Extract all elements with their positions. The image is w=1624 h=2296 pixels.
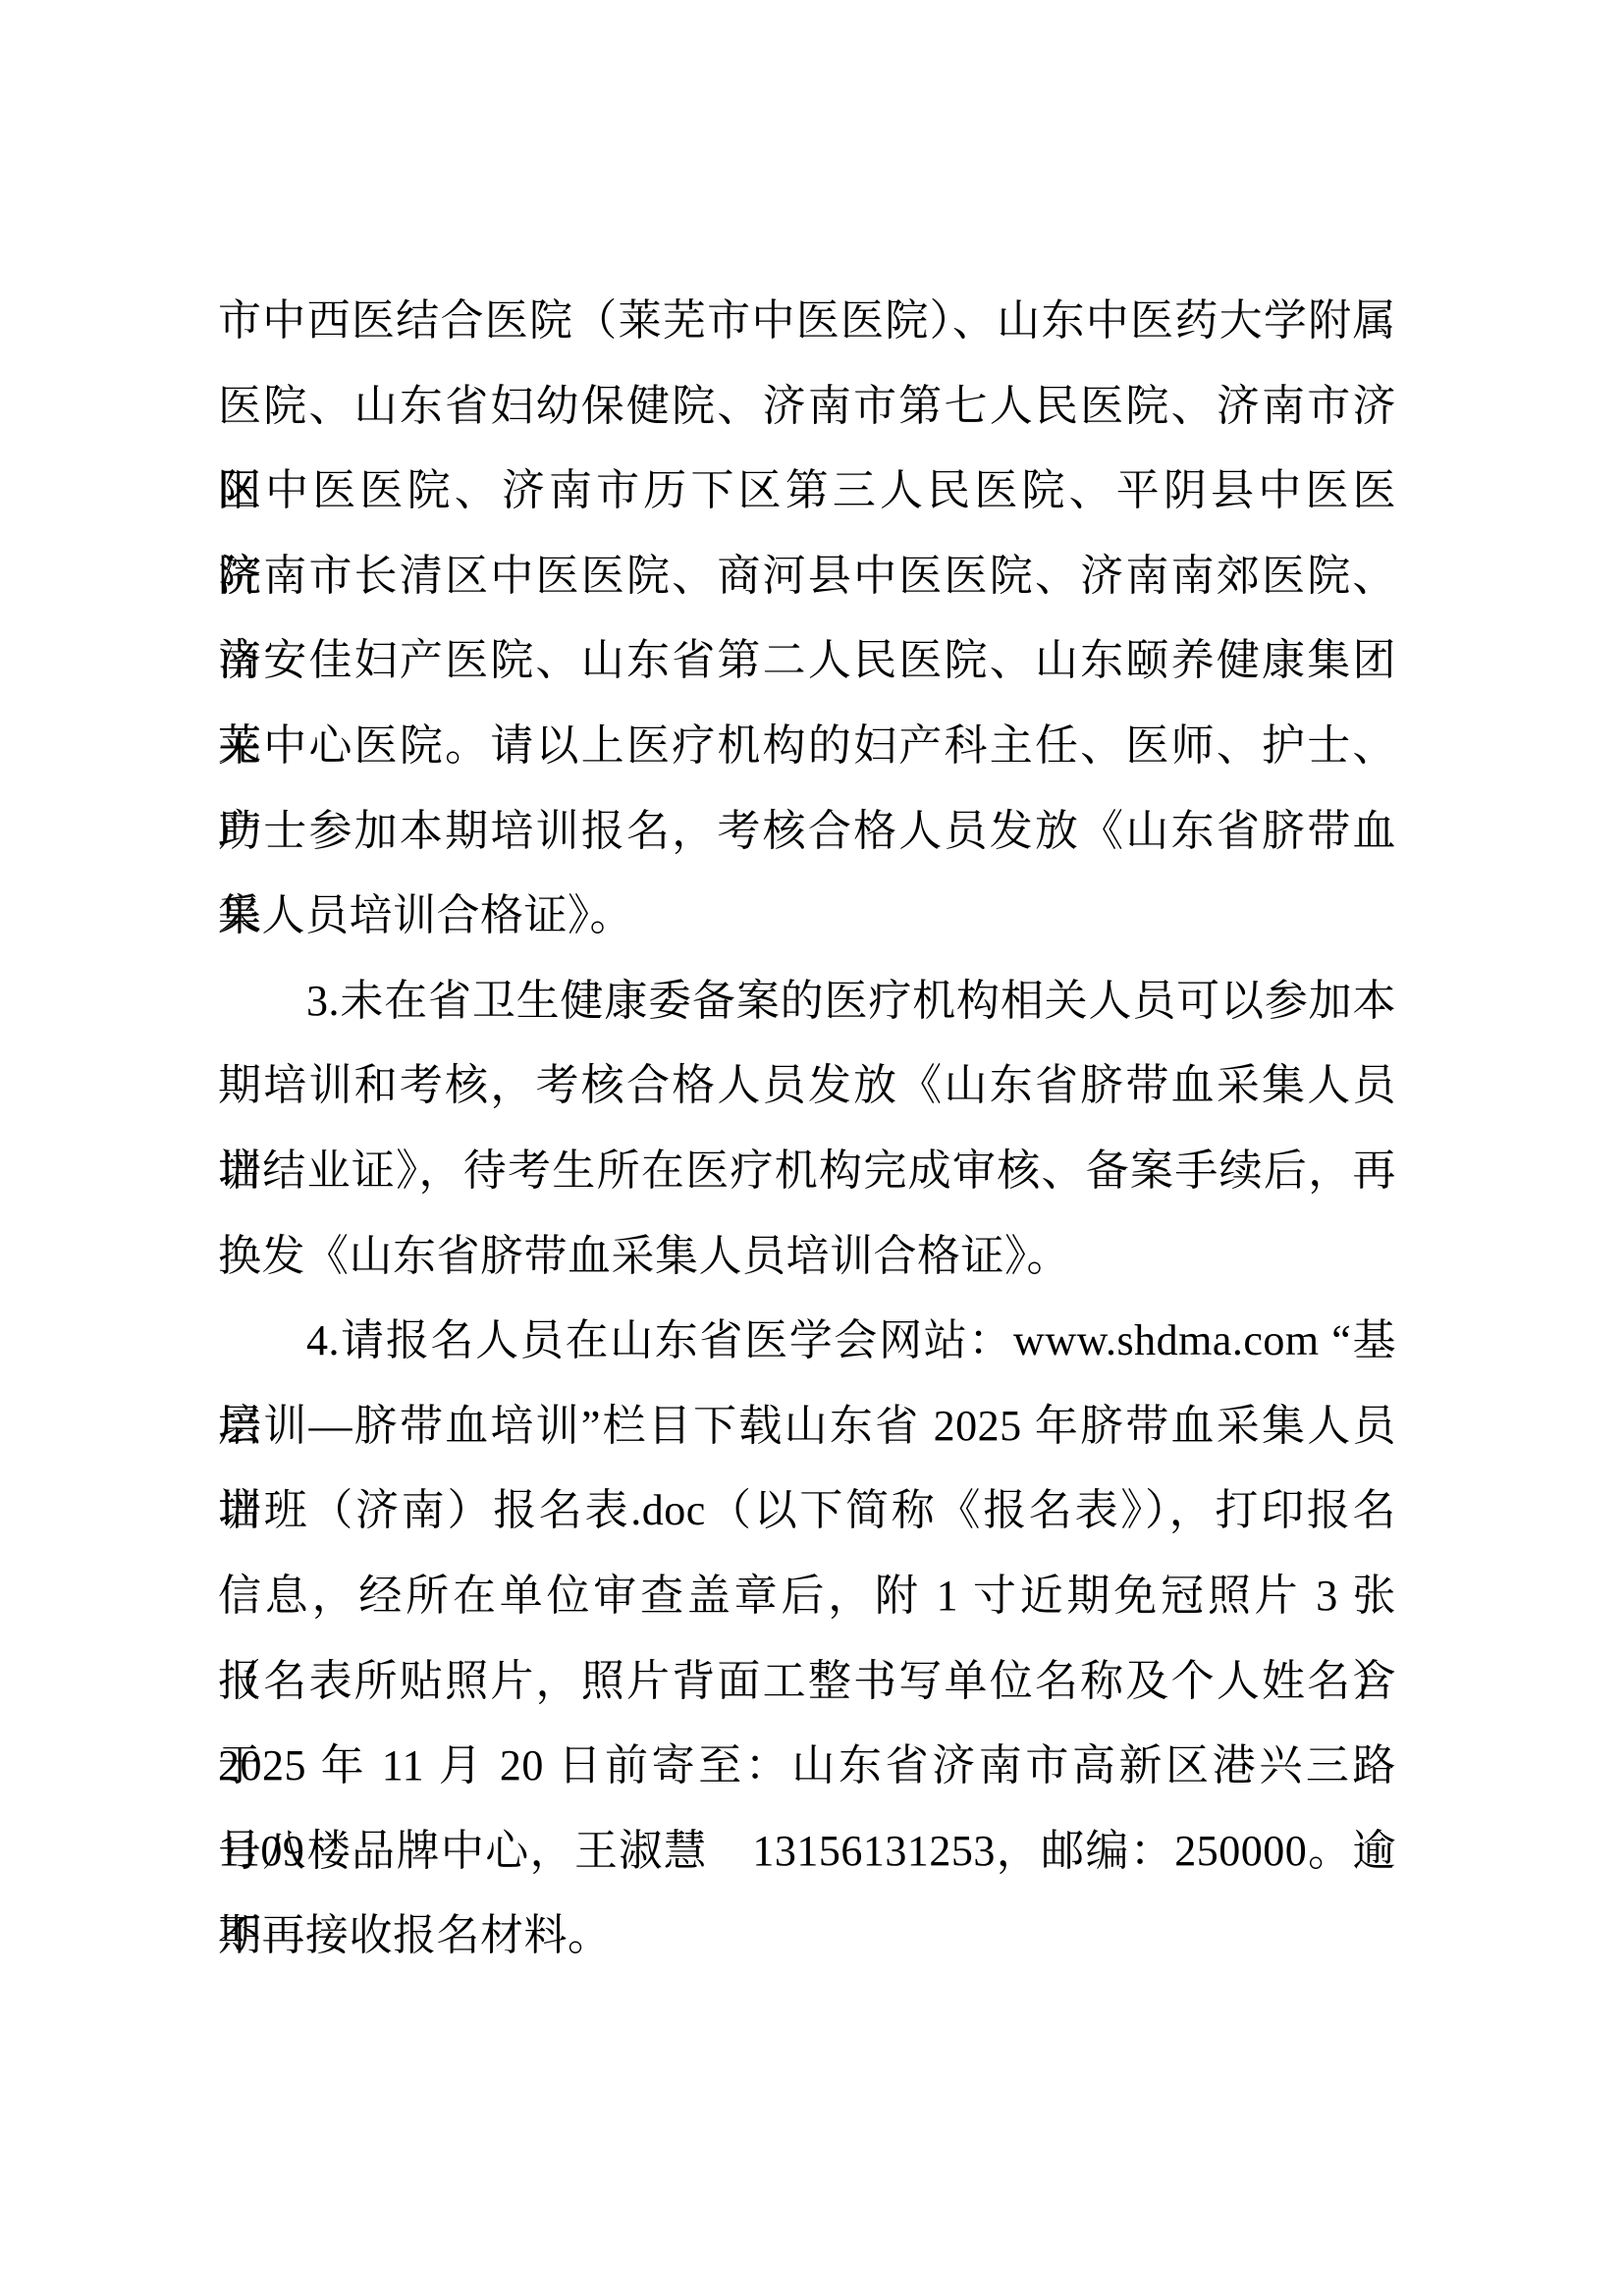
document-line: 区中医医院、济南市历下区第三人民医院、平阴县中医医院、 [218,449,1396,534]
document-line: 市中西医结合医院（莱芜市中医医院）、山东中医药大学附属 [218,279,1396,364]
document-line: 训班（济南）报名表.doc（以下简称《报名表》），打印报名 [218,1468,1396,1554]
document-line: 产士参加本期培训报名，考核合格人员发放《山东省脐带血采 [218,789,1396,875]
document-line: 芜中心医院。请以上医疗机构的妇产科主任、医师、护士、助 [218,704,1396,789]
document-line: 期培训和考核，考核合格人员发放《山东省脐带血采集人员培 [218,1043,1396,1129]
document-line: 报名表所贴照片，照片背面工整书写单位名称及个人姓名）于 [218,1639,1396,1725]
document-line: 培训—脐带血培训”栏目下载山东省 2025 年脐带血采集人员培 [218,1384,1396,1469]
document-line: 南安佳妇产医院、山东省第二人民医院、山东颐养健康集团莱 [218,618,1396,704]
document-line: 医院、山东省妇幼保健院、济南市第七人民医院、济南市济阳 [218,364,1396,450]
document-line: 号八楼品牌中心，王淑慧 13156131253，邮编：250000。逾期 [218,1809,1396,1895]
document-line paragraph-end: 不再接收报名材料。 [218,1894,1396,1979]
document-line: 训结业证》，待考生所在医疗机构完成审核、备案手续后，再 [218,1129,1396,1214]
document-line: 2025 年 11 月 20 日前寄至：山东省济南市高新区港兴三路 1109 [218,1724,1396,1809]
document-line paragraph-end: 换发《山东省脐带血采集人员培训合格证》。 [218,1214,1396,1300]
document-line: 济南市长清区中医医院、商河县中医医院、济南南郊医院、济 [218,534,1396,619]
document-text-block: 市中西医结合医院（莱芜市中医医院）、山东中医药大学附属 医院、山东省妇幼保健院、… [218,279,1396,1979]
document-line: 信息，经所在单位审查盖章后，附 1 寸近期免冠照片 3 张（含 [218,1554,1396,1639]
document-line paragraph-start: 4.请报名人员在山东省医学会网站：www.shdma.com “基层 [218,1299,1396,1384]
document-line paragraph-end: 集人员培训合格证》。 [218,874,1396,959]
document-page: 市中西医结合医院（莱芜市中医医院）、山东中医药大学附属 医院、山东省妇幼保健院、… [0,0,1624,2296]
document-line paragraph-start: 3.未在省卫生健康委备案的医疗机构相关人员可以参加本 [218,959,1396,1044]
